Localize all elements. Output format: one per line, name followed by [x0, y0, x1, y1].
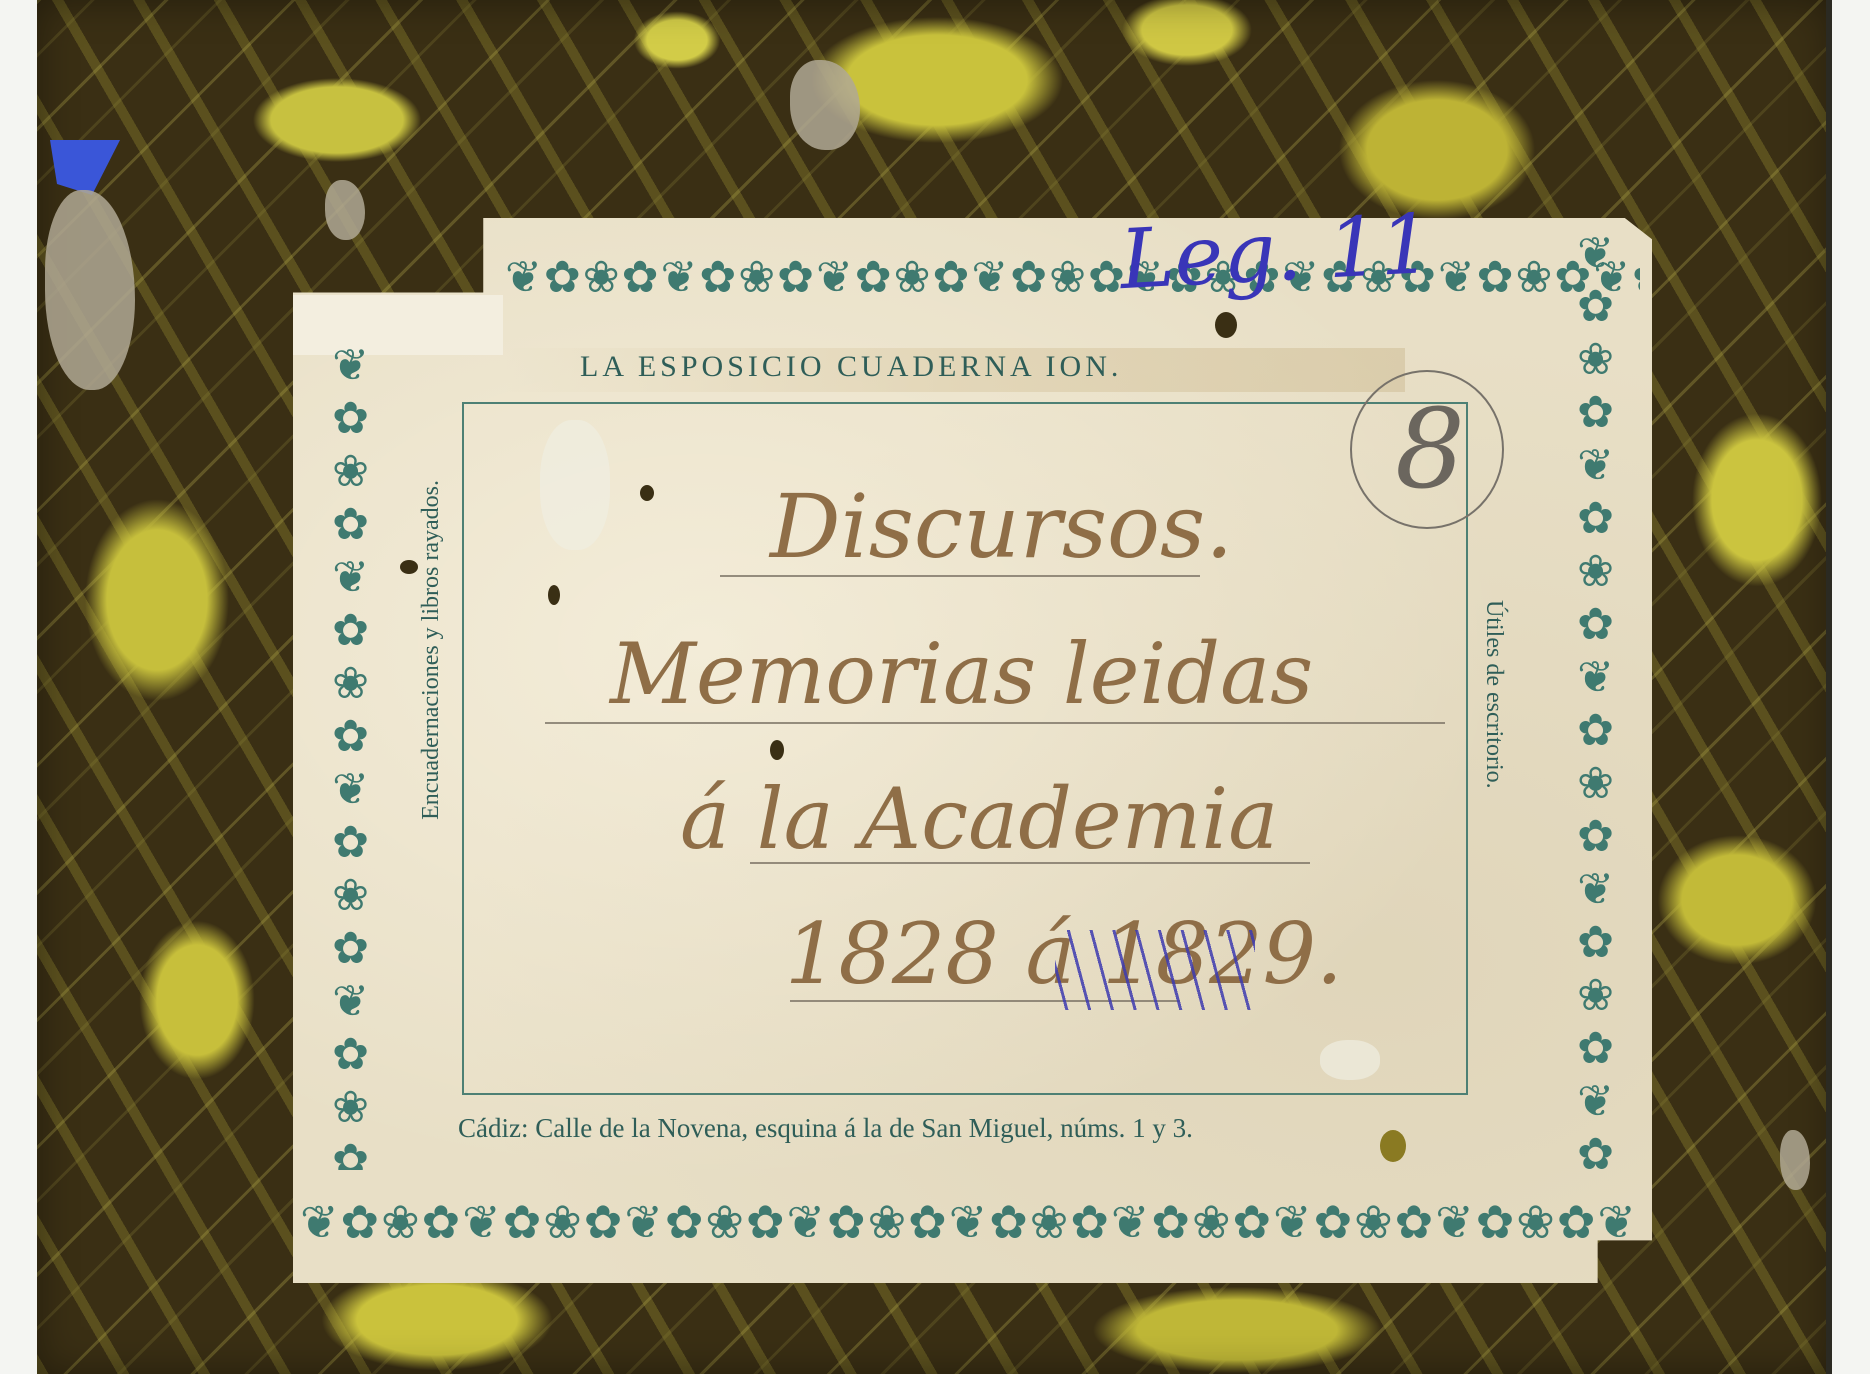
- ornamental-border-right: ❦✿❀✿❦✿❀✿❦✿❀✿❦✿❀✿❦✿❀✿❦✿❀✿❦✿❀✿❦✿❀✿❦✿❀✿❦✿❀: [1545, 228, 1645, 1170]
- blue-ink-correction: [1055, 930, 1255, 1010]
- line-3-underline: [750, 862, 1310, 864]
- label-header: LA ESPOSICIO CUADERNA ION.: [580, 350, 1122, 384]
- ornamental-border-left: ❦✿❀✿❦✿❀✿❦✿❀✿❦✿❀✿❦✿❀✿❦✿❀✿❦✿❀✿❦✿❀✿❦✿❀✿❦✿❀: [300, 340, 400, 1170]
- blue-ink-reference: Leg. 11: [1118, 197, 1434, 308]
- handwritten-title: Discursos.: [770, 475, 1233, 578]
- worm-hole: [640, 485, 654, 501]
- worm-hole: [548, 585, 560, 605]
- paper-stain: [540, 420, 610, 550]
- label-side-text-right: Útiles de escritorio.: [1480, 600, 1507, 789]
- paper-stain: [1320, 1040, 1380, 1080]
- ornamental-border-top: ❦✿❀✿❦✿❀✿❦✿❀✿❦✿❀✿❦✿❀✿❦✿❀✿❦✿❀✿❦✿❀✿❦✿❀✿❦✿❀: [505, 228, 1640, 328]
- worm-hole: [770, 740, 784, 760]
- worm-hole: [400, 560, 418, 574]
- line-2-underline: [545, 722, 1445, 724]
- pencil-number: 8: [1395, 385, 1465, 513]
- handwritten-line-3: á la Academia: [680, 770, 1278, 868]
- label-footer-address: Cádiz: Calle de la Novena, esquina á la …: [458, 1113, 1193, 1144]
- worm-hole: [1380, 1130, 1406, 1162]
- ornamental-border-bottom: ❦✿❀✿❦✿❀✿❦✿❀✿❦✿❀✿❦✿❀✿❦✿❀✿❦✿❀✿❦✿❀✿❦✿❀✿❦✿❀: [300, 1170, 1640, 1275]
- title-underline: [720, 575, 1200, 577]
- label-side-text-left: Encuadernaciones y libros rayados.: [418, 480, 445, 820]
- handwritten-line-2: Memorias leidas: [610, 625, 1313, 723]
- worm-hole: [1215, 312, 1237, 338]
